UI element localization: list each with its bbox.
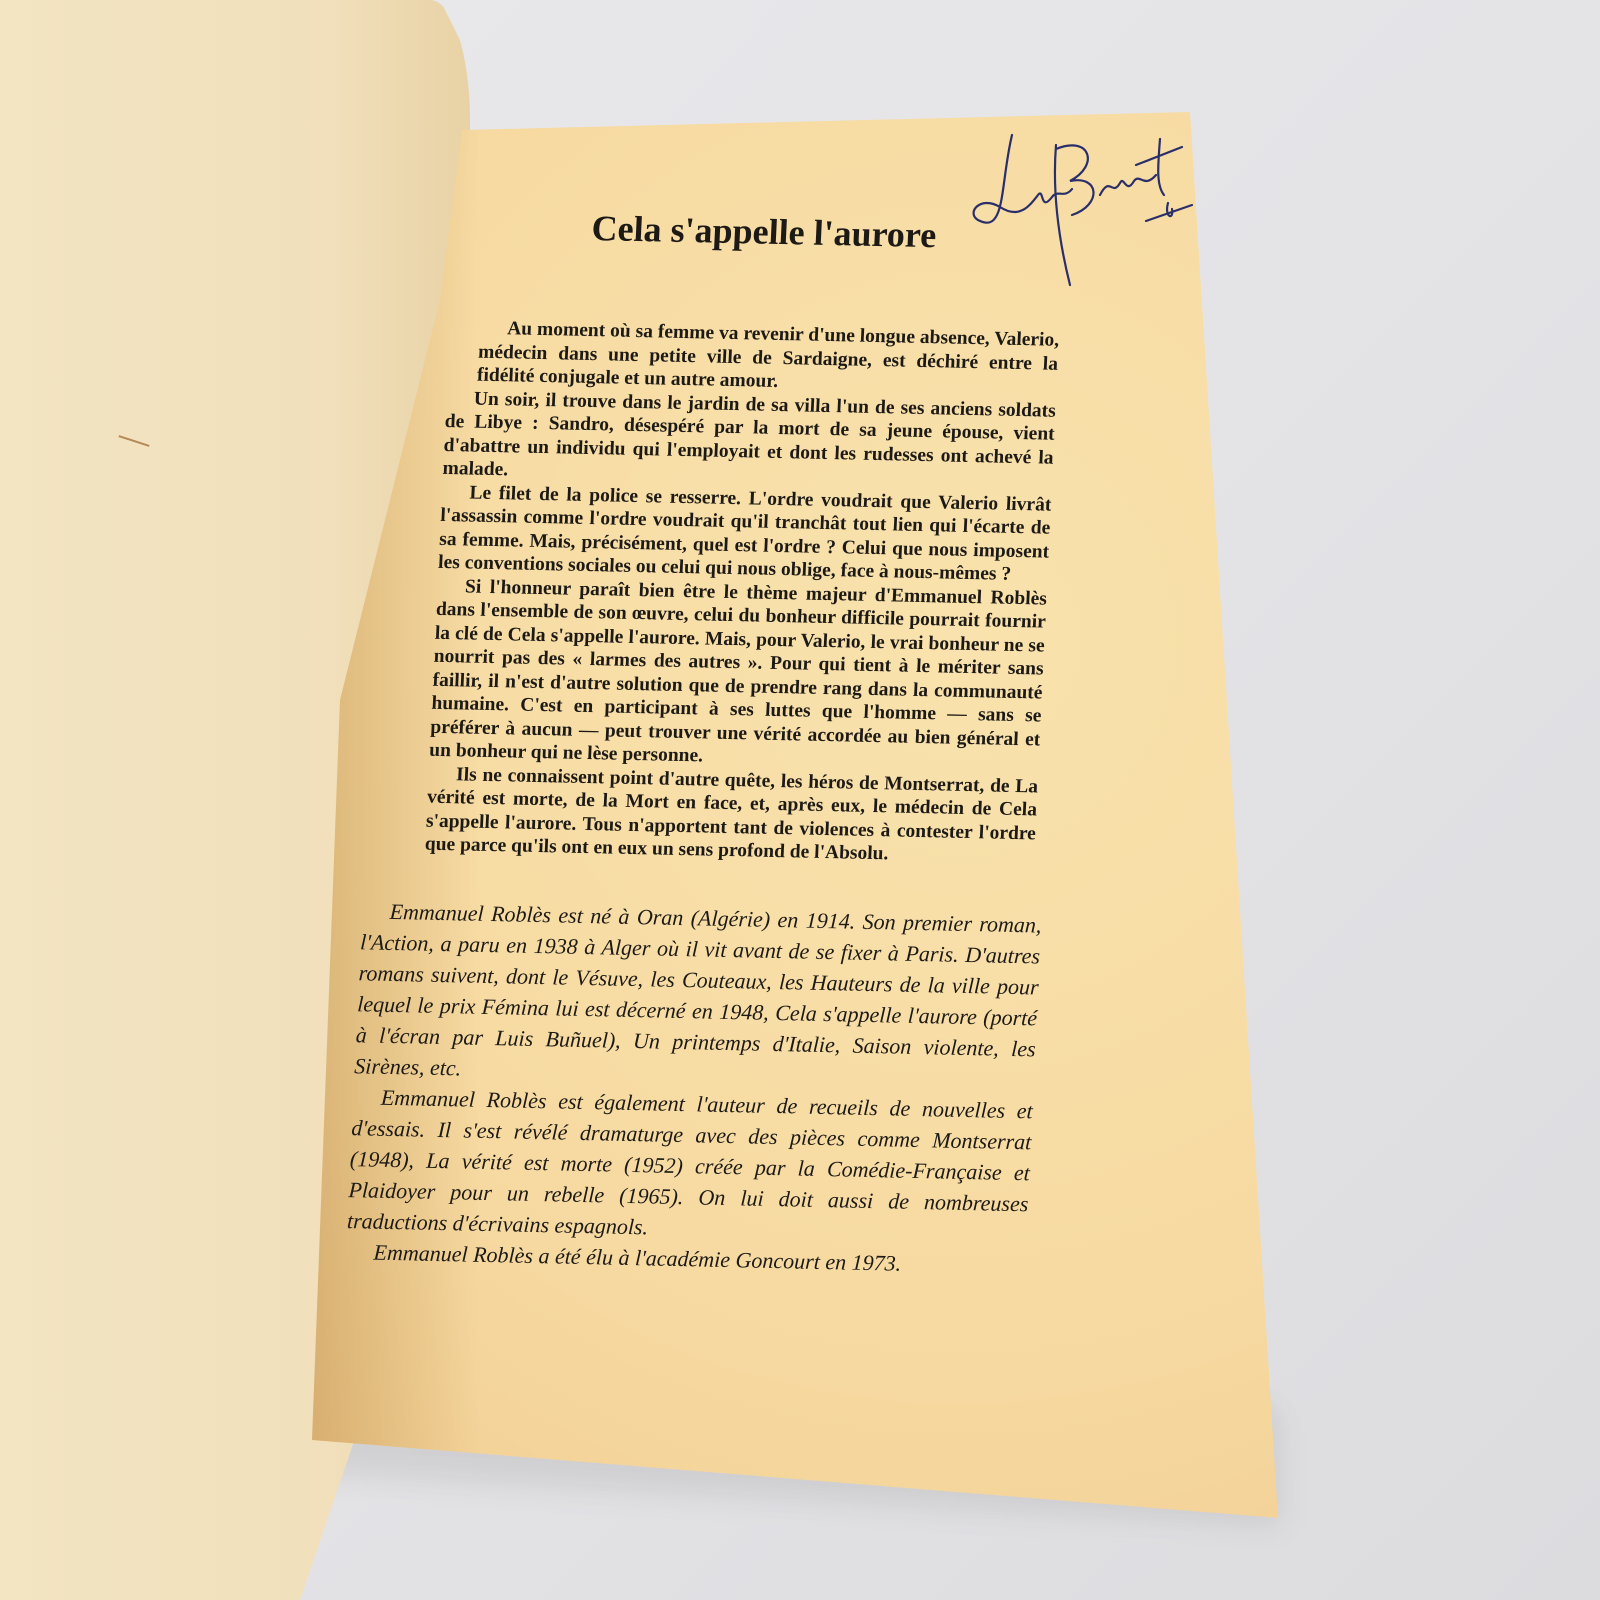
summary-paragraph: Le filet de la police se resserre. L'ord… — [438, 480, 1052, 587]
summary-paragraph: Au moment où sa femme va revenir d'une l… — [476, 317, 1059, 400]
handwritten-signature: Luc Brunet — [960, 125, 1200, 295]
summary-section: Au moment où sa femme va revenir d'une l… — [424, 316, 1059, 869]
author-biography: Emmanuel Roblès est né à Oran (Algérie) … — [345, 895, 1042, 1281]
summary-paragraph: Ils ne connaissent point d'autre quête, … — [424, 762, 1038, 869]
summary-paragraph: Un soir, il trouve dans le jardin de sa … — [442, 386, 1056, 493]
biography-paragraph: Emmanuel Roblès est également l'auteur d… — [346, 1081, 1033, 1250]
paper-mark — [118, 435, 149, 447]
summary-paragraph: Si l'honneur paraît bien être le thème m… — [429, 574, 1048, 775]
page-text: Cela s'appelle l'aurore Au moment où sa … — [345, 203, 1075, 1281]
biography-paragraph: Emmanuel Roblès est né à Oran (Algérie) … — [354, 895, 1043, 1095]
